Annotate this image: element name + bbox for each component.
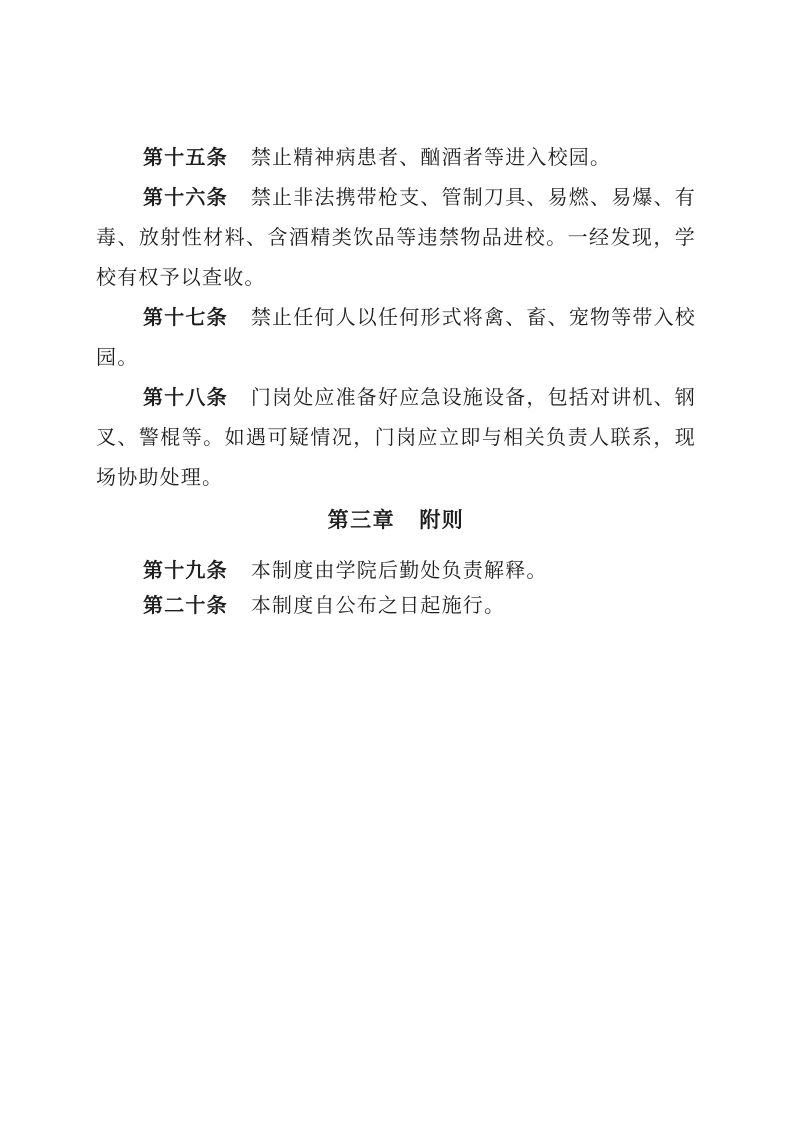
article-20-label: 第二十条	[143, 595, 228, 617]
article-18-paragraph: 第十八条门岗处应准备好应急设施设备，包括对讲机、钢叉、警棍等。如遇可疑情况，门岗…	[96, 378, 696, 498]
article-20-text: 本制度自公布之日起施行。	[251, 595, 505, 617]
article-15-paragraph: 第十五条禁止精神病患者、酗酒者等进入校园。	[96, 138, 696, 178]
chapter-heading: 第三章附则	[96, 500, 696, 540]
article-16-label: 第十六条	[143, 187, 228, 209]
article-19-text: 本制度由学院后勤处负责解释。	[251, 560, 548, 582]
article-15-label: 第十五条	[143, 147, 228, 169]
article-16-paragraph: 第十六条禁止非法携带枪支、管制刀具、易燃、易爆、有毒、放射性材料、含酒精类饮品等…	[96, 178, 696, 298]
article-18-label: 第十八条	[143, 387, 228, 409]
article-19-paragraph: 第十九条本制度由学院后勤处负责解释。	[96, 554, 696, 589]
document-content: 第十五条禁止精神病患者、酗酒者等进入校园。 第十六条禁止非法携带枪支、管制刀具、…	[96, 138, 696, 624]
chapter-number: 第三章	[328, 508, 396, 532]
article-17-label: 第十七条	[143, 307, 228, 329]
document-page: 第十五条禁止精神病患者、酗酒者等进入校园。 第十六条禁止非法携带枪支、管制刀具、…	[0, 0, 793, 1122]
chapter-title: 附则	[419, 508, 464, 532]
article-20-paragraph: 第二十条本制度自公布之日起施行。	[96, 589, 696, 624]
article-15-text: 禁止精神病患者、酗酒者等进入校园。	[251, 147, 611, 169]
article-19-label: 第十九条	[143, 560, 228, 582]
article-17-paragraph: 第十七条禁止任何人以任何形式将禽、畜、宠物等带入校园。	[96, 298, 696, 378]
